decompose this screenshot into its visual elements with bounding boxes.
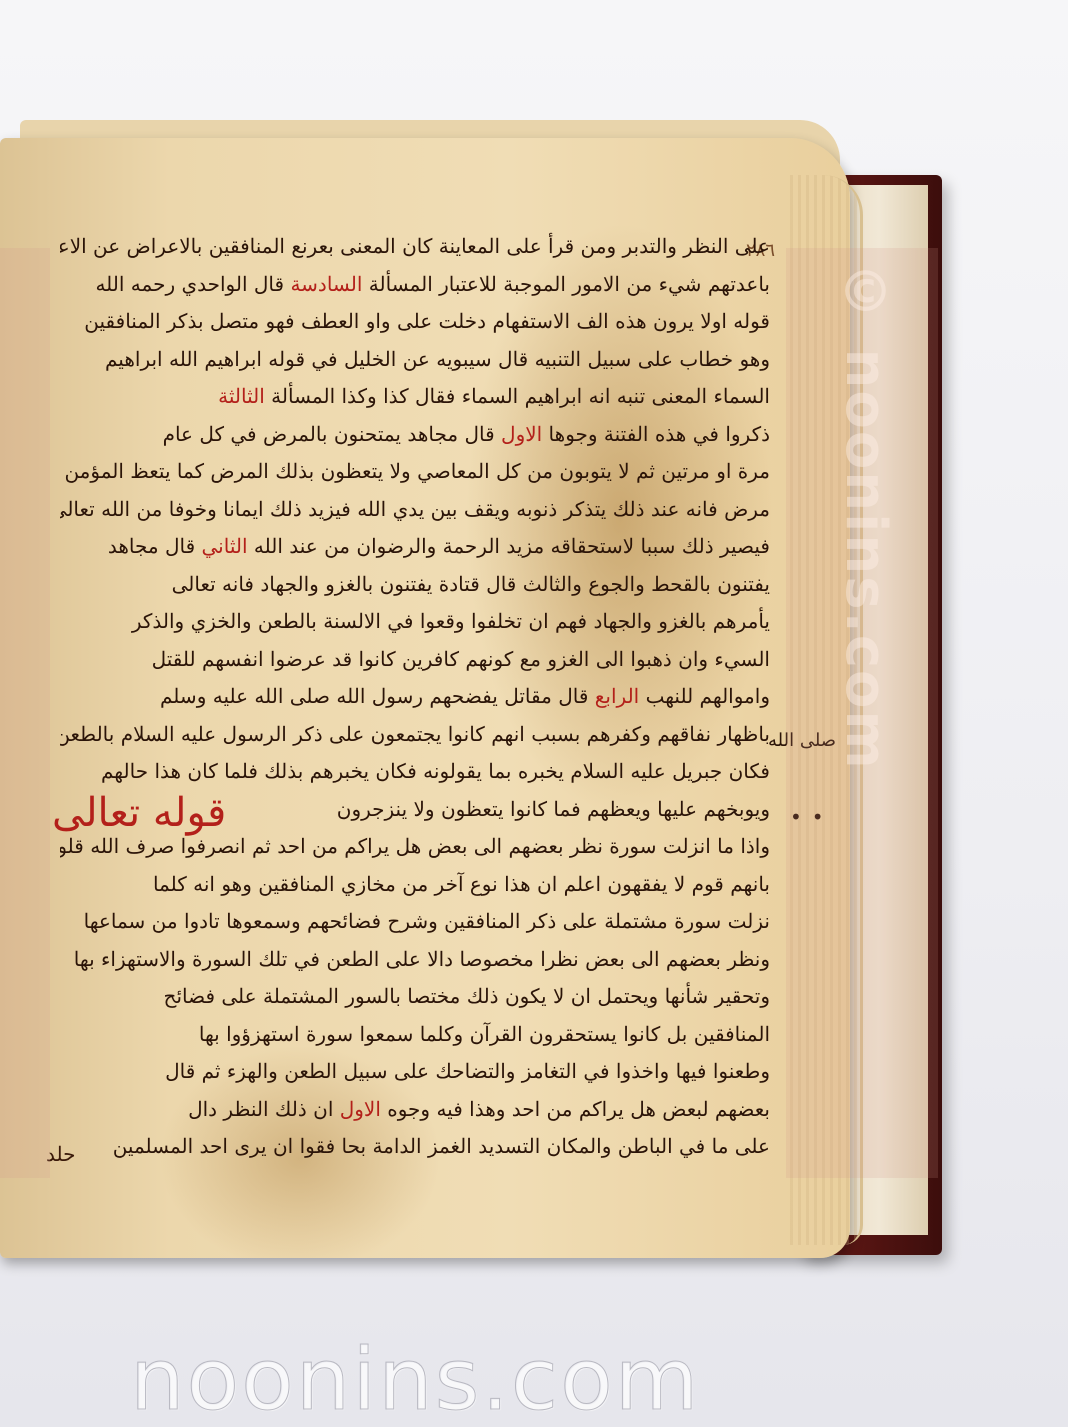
manuscript-line: السماء المعنى تنبه انه ابراهيم السماء فق… [60, 378, 770, 416]
manuscript-line: المنافقين بل كانوا يستحقرون القرآن وكلما… [60, 1016, 770, 1054]
catchword: حلد [46, 1142, 75, 1166]
manuscript-line: بعضهم لبعض هل يراكم من احد وهذا فيه وجوه… [60, 1091, 770, 1129]
manuscript-line: بانهم قوم لا يفقهون اعلم ان هذا نوع آخر … [60, 866, 770, 904]
manuscript-line: واموالهم للنهب الرابع قال مقاتل يفضحهم ر… [60, 678, 770, 716]
watermark-vertical: © noonins.com [838, 260, 898, 1180]
watermark-bottom: noonins.com [130, 1330, 700, 1427]
manuscript-line: نزلت سورة مشتملة على ذكر المنافقين وشرح … [60, 903, 770, 941]
manuscript-line: مرض فانه عند ذلك يتذكر ذنوبه ويقف بين يد… [60, 491, 770, 529]
manuscript-line: باعدتهم شيء من الامور الموجبة للاعتبار ا… [60, 266, 770, 304]
manuscript-text-block: على النظر والتدبر ومن قرأ على المعاينة ك… [60, 228, 770, 1166]
rubric-heading: قوله تعالى [52, 790, 226, 836]
manuscript-line: فكان جبريل عليه السلام يخبره بما يقولونه… [60, 753, 770, 791]
manuscript-line: ونظر بعضهم الى بعض نظرا مخصوصا دالا على … [60, 941, 770, 979]
manuscript-line: وهو خطاب على سبيل التنبيه قال سيبويه عن … [60, 341, 770, 379]
manuscript-line: يفتنون بالقحط والجوع والثالث قال قتادة ي… [60, 566, 770, 604]
manuscript-line: قوله اولا يرون هذه الف الاستفهام دخلت عل… [60, 303, 770, 341]
manuscript-line: السيء وان ذهبوا الى الغزو مع كونهم كافري… [60, 641, 770, 679]
manuscript-line: فيصير ذلك سببا لاستحقاقه مزيد الرحمة وال… [60, 528, 770, 566]
manuscript-line: باظهار نفاقهم وكفرهم بسبب انهم كانوا يجت… [60, 716, 770, 754]
watermark-overlay-left [0, 248, 50, 1178]
manuscript-line: على النظر والتدبر ومن قرأ على المعاينة ك… [60, 228, 770, 266]
manuscript-line: مرة او مرتين ثم لا يتوبون من كل المعاصي … [60, 453, 770, 491]
manuscript-line: على ما في الباطن والمكان التسديد الغمز ا… [60, 1128, 770, 1166]
manuscript-line: وتحقير شأنها ويحتمل ان لا يكون ذلك مختصا… [60, 978, 770, 1016]
manuscript-line: يأمرهم بالغزو والجهاد فهم ان تخلفوا وقعو… [60, 603, 770, 641]
manuscript-line: ذكروا في هذه الفتنة وجوها الاول قال مجاه… [60, 416, 770, 454]
manuscript-line: وطعنوا فيها واخذوا في التغامز والتضاحك ع… [60, 1053, 770, 1091]
